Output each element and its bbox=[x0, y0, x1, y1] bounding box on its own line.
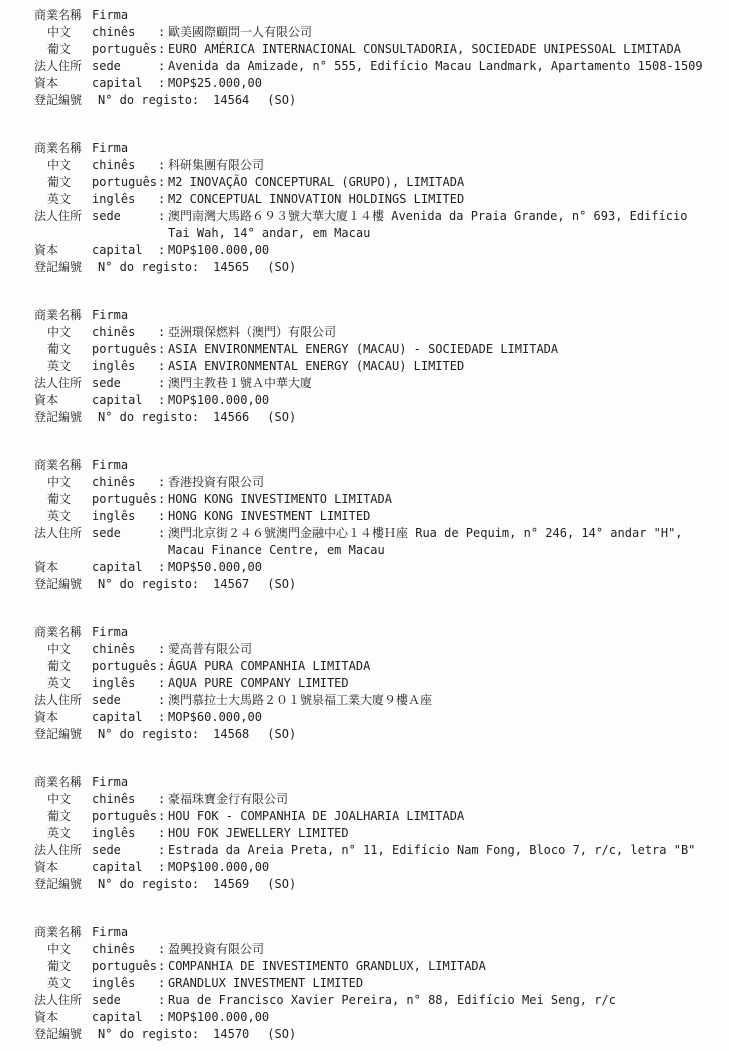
firma-label-zh: 商業名稱 bbox=[34, 924, 92, 941]
firma-label-zh: 商業名稱 bbox=[34, 140, 92, 157]
registo-label-zh: 登記編號 bbox=[34, 1026, 92, 1043]
field-label-zh: 中文 bbox=[34, 324, 92, 341]
field-label-pt: sede bbox=[92, 842, 158, 859]
registo-label-zh: 登記編號 bbox=[34, 409, 92, 426]
field-colon: : bbox=[158, 41, 168, 58]
field-rows: 中文 chinês : 豪福珠寶金行有限公司 葡文 português : HO… bbox=[34, 791, 729, 876]
field-label-pt: sede bbox=[92, 992, 158, 1009]
field-row: 法人住所 sede : 澳門慕拉士大馬路２０１號泉福工業大廈９樓Ａ座 bbox=[34, 692, 729, 709]
field-label-zh: 中文 bbox=[34, 157, 92, 174]
field-value: EURO AMÉRICA INTERNACIONAL CONSULTADORIA… bbox=[168, 41, 728, 58]
field-label-pt: sede bbox=[92, 375, 158, 392]
field-label-zh: 資本 bbox=[34, 242, 92, 259]
field-row: 法人住所 sede : Estrada da Areia Preta, n° 1… bbox=[34, 842, 729, 859]
field-label-zh: 法人住所 bbox=[34, 208, 92, 225]
field-value: HOU FOK JEWELLERY LIMITED bbox=[168, 825, 728, 842]
field-row: 葡文 português : EURO AMÉRICA INTERNACIONA… bbox=[34, 41, 729, 58]
field-label-zh: 葡文 bbox=[34, 491, 92, 508]
registo-label-zh: 登記編號 bbox=[34, 876, 92, 893]
field-colon: : bbox=[158, 709, 168, 726]
registo-number: 14568 bbox=[213, 726, 249, 743]
field-value: MOP$25.000,00 bbox=[168, 75, 728, 92]
field-label-zh: 法人住所 bbox=[34, 58, 92, 75]
field-label-zh: 英文 bbox=[34, 358, 92, 375]
field-colon: : bbox=[158, 1009, 168, 1026]
field-colon: : bbox=[158, 75, 168, 92]
company-record: 商業名稱 Firma 中文 chinês : 科研集團有限公司 葡文 portu… bbox=[34, 140, 729, 276]
field-value: 歐美國際顧問一人有限公司 bbox=[168, 24, 728, 41]
company-record: 商業名稱 Firma 中文 chinês : 亞洲環保燃料（澳門）有限公司 葡文… bbox=[34, 307, 729, 426]
field-value: HOU FOK - COMPANHIA DE JOALHARIA LIMITAD… bbox=[168, 808, 728, 825]
gazette-page: 商業名稱 Firma 中文 chinês : 歐美國際顧問一人有限公司 葡文 p… bbox=[0, 0, 729, 1043]
field-row: 資本 capital : MOP$100.000,00 bbox=[34, 242, 729, 259]
field-label-pt: português bbox=[92, 958, 158, 975]
field-label-pt: inglês bbox=[92, 508, 158, 525]
field-colon: : bbox=[158, 58, 168, 75]
firma-row: 商業名稱 Firma bbox=[34, 624, 729, 641]
field-row: 英文 inglês : ASIA ENVIRONMENTAL ENERGY (M… bbox=[34, 358, 729, 375]
firma-row: 商業名稱 Firma bbox=[34, 774, 729, 791]
field-colon: : bbox=[158, 208, 168, 225]
field-label-zh: 中文 bbox=[34, 941, 92, 958]
field-label-zh: 葡文 bbox=[34, 658, 92, 675]
field-value: 愛高普有限公司 bbox=[168, 641, 728, 658]
firma-label-pt: Firma bbox=[92, 774, 158, 791]
field-label-zh: 葡文 bbox=[34, 41, 92, 58]
field-row: 中文 chinês : 歐美國際顧問一人有限公司 bbox=[34, 24, 729, 41]
field-row: 英文 inglês : HONG KONG INVESTMENT LIMITED bbox=[34, 508, 729, 525]
field-value: HONG KONG INVESTIMENTO LIMITADA bbox=[168, 491, 728, 508]
field-colon: : bbox=[158, 358, 168, 375]
field-label-pt: inglês bbox=[92, 675, 158, 692]
field-value: 香港投資有限公司 bbox=[168, 474, 728, 491]
field-value: MOP$60.000,00 bbox=[168, 709, 728, 726]
registo-label-pt: N° do registo: bbox=[98, 92, 199, 109]
field-row: 資本 capital : MOP$50.000,00 bbox=[34, 559, 729, 576]
field-colon: : bbox=[158, 675, 168, 692]
field-row: 法人住所 sede : 澳門北京街２４６號澳門金融中心１４樓Ｈ座 Rua de … bbox=[34, 525, 729, 559]
field-row: 法人住所 sede : 澳門主教巷１號Ａ中華大廈 bbox=[34, 375, 729, 392]
registo-label-pt: N° do registo: bbox=[98, 726, 199, 743]
field-label-pt: chinês bbox=[92, 24, 158, 41]
registo-label-zh: 登記編號 bbox=[34, 259, 92, 276]
field-colon: : bbox=[158, 791, 168, 808]
registo-number: 14566 bbox=[213, 409, 249, 426]
field-label-zh: 資本 bbox=[34, 859, 92, 876]
field-label-zh: 葡文 bbox=[34, 341, 92, 358]
firma-label-pt: Firma bbox=[92, 7, 158, 24]
field-label-pt: sede bbox=[92, 525, 158, 542]
field-value: 澳門慕拉士大馬路２０１號泉福工業大廈９樓Ａ座 bbox=[168, 692, 728, 709]
registo-label-pt: N° do registo: bbox=[98, 259, 199, 276]
field-colon: : bbox=[158, 392, 168, 409]
field-row: 英文 inglês : M2 CONCEPTUAL INNOVATION HOL… bbox=[34, 191, 729, 208]
field-row: 法人住所 sede : Rua de Francisco Xavier Pere… bbox=[34, 992, 729, 1009]
field-row: 資本 capital : MOP$60.000,00 bbox=[34, 709, 729, 726]
registo-suffix: (SO) bbox=[267, 92, 296, 109]
field-value: MOP$100.000,00 bbox=[168, 392, 728, 409]
field-colon: : bbox=[158, 242, 168, 259]
field-colon: : bbox=[158, 992, 168, 1009]
registo-row: 登記編號 N° do registo: 14568 (SO) bbox=[34, 726, 729, 743]
field-row: 英文 inglês : HOU FOK JEWELLERY LIMITED bbox=[34, 825, 729, 842]
field-value: COMPANHIA DE INVESTIMENTO GRANDLUX, LIMI… bbox=[168, 958, 728, 975]
field-label-pt: capital bbox=[92, 709, 158, 726]
field-colon: : bbox=[158, 24, 168, 41]
field-row: 資本 capital : MOP$100.000,00 bbox=[34, 1009, 729, 1026]
registo-label-pt: N° do registo: bbox=[98, 1026, 199, 1043]
registo-label-pt: N° do registo: bbox=[98, 876, 199, 893]
field-label-pt: português bbox=[92, 658, 158, 675]
registo-suffix: (SO) bbox=[267, 259, 296, 276]
firma-row: 商業名稱 Firma bbox=[34, 140, 729, 157]
field-row: 中文 chinês : 豪福珠寶金行有限公司 bbox=[34, 791, 729, 808]
field-colon: : bbox=[158, 842, 168, 859]
registo-number: 14564 bbox=[213, 92, 249, 109]
field-label-zh: 資本 bbox=[34, 75, 92, 92]
field-label-pt: português bbox=[92, 341, 158, 358]
field-label-zh: 英文 bbox=[34, 675, 92, 692]
firma-label-pt: Firma bbox=[92, 457, 158, 474]
field-rows: 中文 chinês : 盈興投資有限公司 葡文 português : COMP… bbox=[34, 941, 729, 1026]
field-colon: : bbox=[158, 825, 168, 842]
company-record: 商業名稱 Firma 中文 chinês : 香港投資有限公司 葡文 portu… bbox=[34, 457, 729, 593]
field-value: M2 INOVAÇÃO CONCEPTURAL (GRUPO), LIMITAD… bbox=[168, 174, 728, 191]
registo-number: 14567 bbox=[213, 576, 249, 593]
field-label-zh: 中文 bbox=[34, 791, 92, 808]
field-value: MOP$100.000,00 bbox=[168, 1009, 728, 1026]
field-label-pt: chinês bbox=[92, 474, 158, 491]
field-value: Rua de Francisco Xavier Pereira, n° 88, … bbox=[168, 992, 728, 1009]
registo-suffix: (SO) bbox=[267, 726, 296, 743]
field-label-pt: português bbox=[92, 41, 158, 58]
field-colon: : bbox=[158, 525, 168, 542]
field-colon: : bbox=[158, 859, 168, 876]
field-label-zh: 法人住所 bbox=[34, 842, 92, 859]
field-label-zh: 葡文 bbox=[34, 808, 92, 825]
registo-row: 登記編號 N° do registo: 14564 (SO) bbox=[34, 92, 729, 109]
field-label-pt: inglês bbox=[92, 358, 158, 375]
firma-label-zh: 商業名稱 bbox=[34, 457, 92, 474]
field-rows: 中文 chinês : 亞洲環保燃料（澳門）有限公司 葡文 português … bbox=[34, 324, 729, 409]
field-label-pt: chinês bbox=[92, 941, 158, 958]
registo-label-pt: N° do registo: bbox=[98, 576, 199, 593]
firma-label-pt: Firma bbox=[92, 624, 158, 641]
field-label-pt: capital bbox=[92, 392, 158, 409]
company-record: 商業名稱 Firma 中文 chinês : 豪福珠寶金行有限公司 葡文 por… bbox=[34, 774, 729, 893]
field-value: 盈興投資有限公司 bbox=[168, 941, 728, 958]
firma-label-zh: 商業名稱 bbox=[34, 774, 92, 791]
field-value: Avenida da Amizade, n° 555, Edifício Mac… bbox=[168, 58, 728, 75]
field-label-zh: 法人住所 bbox=[34, 692, 92, 709]
registo-suffix: (SO) bbox=[267, 876, 296, 893]
field-label-pt: chinês bbox=[92, 641, 158, 658]
company-record: 商業名稱 Firma 中文 chinês : 盈興投資有限公司 葡文 portu… bbox=[34, 924, 729, 1043]
field-label-zh: 法人住所 bbox=[34, 992, 92, 1009]
field-row: 資本 capital : MOP$100.000,00 bbox=[34, 859, 729, 876]
field-value: AQUA PURE COMPANY LIMITED bbox=[168, 675, 728, 692]
field-colon: : bbox=[158, 491, 168, 508]
field-label-pt: inglês bbox=[92, 191, 158, 208]
firma-label-zh: 商業名稱 bbox=[34, 624, 92, 641]
registo-number: 14565 bbox=[213, 259, 249, 276]
field-label-pt: sede bbox=[92, 692, 158, 709]
field-row: 法人住所 sede : 澳門南灣大馬路６９３號大華大廈１４樓 Avenida d… bbox=[34, 208, 729, 242]
field-label-zh: 中文 bbox=[34, 474, 92, 491]
field-value: ASIA ENVIRONMENTAL ENERGY (MACAU) - SOCI… bbox=[168, 341, 728, 358]
field-label-zh: 法人住所 bbox=[34, 375, 92, 392]
field-label-pt: português bbox=[92, 808, 158, 825]
field-colon: : bbox=[158, 474, 168, 491]
field-row: 葡文 português : HONG KONG INVESTIMENTO LI… bbox=[34, 491, 729, 508]
field-value: Estrada da Areia Preta, n° 11, Edifício … bbox=[168, 842, 728, 859]
field-label-pt: capital bbox=[92, 859, 158, 876]
firma-row: 商業名稱 Firma bbox=[34, 924, 729, 941]
field-colon: : bbox=[158, 191, 168, 208]
field-row: 英文 inglês : AQUA PURE COMPANY LIMITED bbox=[34, 675, 729, 692]
field-value: 澳門主教巷１號Ａ中華大廈 bbox=[168, 375, 728, 392]
firma-row: 商業名稱 Firma bbox=[34, 457, 729, 474]
field-rows: 中文 chinês : 歐美國際顧問一人有限公司 葡文 português : … bbox=[34, 24, 729, 92]
registo-row: 登記編號 N° do registo: 14570 (SO) bbox=[34, 1026, 729, 1043]
field-row: 中文 chinês : 亞洲環保燃料（澳門）有限公司 bbox=[34, 324, 729, 341]
field-rows: 中文 chinês : 香港投資有限公司 葡文 português : HONG… bbox=[34, 474, 729, 576]
field-colon: : bbox=[158, 559, 168, 576]
field-row: 中文 chinês : 盈興投資有限公司 bbox=[34, 941, 729, 958]
registo-number: 14569 bbox=[213, 876, 249, 893]
registo-suffix: (SO) bbox=[267, 409, 296, 426]
firma-row: 商業名稱 Firma bbox=[34, 307, 729, 324]
firma-row: 商業名稱 Firma bbox=[34, 7, 729, 24]
field-label-pt: inglês bbox=[92, 975, 158, 992]
field-value: MOP$50.000,00 bbox=[168, 559, 728, 576]
field-row: 中文 chinês : 愛高普有限公司 bbox=[34, 641, 729, 658]
field-label-pt: português bbox=[92, 174, 158, 191]
field-colon: : bbox=[158, 808, 168, 825]
field-row: 葡文 português : ASIA ENVIRONMENTAL ENERGY… bbox=[34, 341, 729, 358]
field-label-zh: 法人住所 bbox=[34, 525, 92, 542]
field-colon: : bbox=[158, 157, 168, 174]
field-colon: : bbox=[158, 692, 168, 709]
field-value: M2 CONCEPTUAL INNOVATION HOLDINGS LIMITE… bbox=[168, 191, 728, 208]
field-label-zh: 資本 bbox=[34, 392, 92, 409]
registo-label-zh: 登記編號 bbox=[34, 92, 92, 109]
field-colon: : bbox=[158, 508, 168, 525]
field-label-pt: chinês bbox=[92, 791, 158, 808]
field-colon: : bbox=[158, 958, 168, 975]
firma-label-pt: Firma bbox=[92, 924, 158, 941]
field-value: 豪福珠寶金行有限公司 bbox=[168, 791, 728, 808]
field-label-zh: 資本 bbox=[34, 1009, 92, 1026]
field-label-pt: chinês bbox=[92, 157, 158, 174]
field-label-pt: inglês bbox=[92, 825, 158, 842]
field-value: 澳門北京街２４６號澳門金融中心１４樓Ｈ座 Rua de Pequim, n° 2… bbox=[168, 525, 728, 559]
field-row: 英文 inglês : GRANDLUX INVESTMENT LIMITED bbox=[34, 975, 729, 992]
firma-label-zh: 商業名稱 bbox=[34, 307, 92, 324]
field-label-pt: sede bbox=[92, 208, 158, 225]
field-rows: 中文 chinês : 愛高普有限公司 葡文 português : ÁGUA … bbox=[34, 641, 729, 726]
field-value: 澳門南灣大馬路６９３號大華大廈１４樓 Avenida da Praia Gran… bbox=[168, 208, 728, 242]
field-rows: 中文 chinês : 科研集團有限公司 葡文 português : M2 I… bbox=[34, 157, 729, 259]
field-row: 資本 capital : MOP$25.000,00 bbox=[34, 75, 729, 92]
firma-label-zh: 商業名稱 bbox=[34, 7, 92, 24]
registo-row: 登記編號 N° do registo: 14569 (SO) bbox=[34, 876, 729, 893]
firma-label-pt: Firma bbox=[92, 307, 158, 324]
field-colon: : bbox=[158, 658, 168, 675]
field-row: 葡文 português : ÁGUA PURA COMPANHIA LIMIT… bbox=[34, 658, 729, 675]
registo-suffix: (SO) bbox=[267, 1026, 296, 1043]
field-label-zh: 葡文 bbox=[34, 174, 92, 191]
field-label-zh: 英文 bbox=[34, 825, 92, 842]
field-row: 資本 capital : MOP$100.000,00 bbox=[34, 392, 729, 409]
field-value: HONG KONG INVESTMENT LIMITED bbox=[168, 508, 728, 525]
field-colon: : bbox=[158, 941, 168, 958]
field-row: 葡文 português : COMPANHIA DE INVESTIMENTO… bbox=[34, 958, 729, 975]
field-colon: : bbox=[158, 174, 168, 191]
firma-label-pt: Firma bbox=[92, 140, 158, 157]
field-value: 亞洲環保燃料（澳門）有限公司 bbox=[168, 324, 728, 341]
field-label-zh: 葡文 bbox=[34, 958, 92, 975]
field-label-zh: 資本 bbox=[34, 559, 92, 576]
field-value: GRANDLUX INVESTMENT LIMITED bbox=[168, 975, 728, 992]
field-row: 中文 chinês : 香港投資有限公司 bbox=[34, 474, 729, 491]
registo-suffix: (SO) bbox=[267, 576, 296, 593]
field-label-zh: 英文 bbox=[34, 191, 92, 208]
field-colon: : bbox=[158, 641, 168, 658]
field-label-pt: chinês bbox=[92, 324, 158, 341]
registo-row: 登記編號 N° do registo: 14565 (SO) bbox=[34, 259, 729, 276]
field-label-pt: sede bbox=[92, 58, 158, 75]
registo-number: 14570 bbox=[213, 1026, 249, 1043]
field-label-zh: 英文 bbox=[34, 975, 92, 992]
field-value: ÁGUA PURA COMPANHIA LIMITADA bbox=[168, 658, 728, 675]
company-record: 商業名稱 Firma 中文 chinês : 歐美國際顧問一人有限公司 葡文 p… bbox=[34, 7, 729, 109]
field-label-pt: capital bbox=[92, 75, 158, 92]
records-list: 商業名稱 Firma 中文 chinês : 歐美國際顧問一人有限公司 葡文 p… bbox=[34, 7, 729, 1043]
field-colon: : bbox=[158, 975, 168, 992]
field-colon: : bbox=[158, 324, 168, 341]
registo-row: 登記編號 N° do registo: 14567 (SO) bbox=[34, 576, 729, 593]
field-label-pt: português bbox=[92, 491, 158, 508]
field-label-zh: 英文 bbox=[34, 508, 92, 525]
field-label-pt: capital bbox=[92, 242, 158, 259]
field-value: MOP$100.000,00 bbox=[168, 859, 728, 876]
field-colon: : bbox=[158, 375, 168, 392]
field-value: MOP$100.000,00 bbox=[168, 242, 728, 259]
field-row: 葡文 português : M2 INOVAÇÃO CONCEPTURAL (… bbox=[34, 174, 729, 191]
field-row: 法人住所 sede : Avenida da Amizade, n° 555, … bbox=[34, 58, 729, 75]
registo-label-zh: 登記編號 bbox=[34, 576, 92, 593]
company-record: 商業名稱 Firma 中文 chinês : 愛高普有限公司 葡文 portug… bbox=[34, 624, 729, 743]
field-label-pt: capital bbox=[92, 1009, 158, 1026]
field-colon: : bbox=[158, 341, 168, 358]
field-row: 中文 chinês : 科研集團有限公司 bbox=[34, 157, 729, 174]
field-value: 科研集團有限公司 bbox=[168, 157, 728, 174]
field-row: 葡文 português : HOU FOK - COMPANHIA DE JO… bbox=[34, 808, 729, 825]
registo-label-pt: N° do registo: bbox=[98, 409, 199, 426]
field-value: ASIA ENVIRONMENTAL ENERGY (MACAU) LIMITE… bbox=[168, 358, 728, 375]
field-label-pt: capital bbox=[92, 559, 158, 576]
field-label-zh: 中文 bbox=[34, 641, 92, 658]
registo-row: 登記編號 N° do registo: 14566 (SO) bbox=[34, 409, 729, 426]
field-label-zh: 中文 bbox=[34, 24, 92, 41]
field-label-zh: 資本 bbox=[34, 709, 92, 726]
registo-label-zh: 登記編號 bbox=[34, 726, 92, 743]
